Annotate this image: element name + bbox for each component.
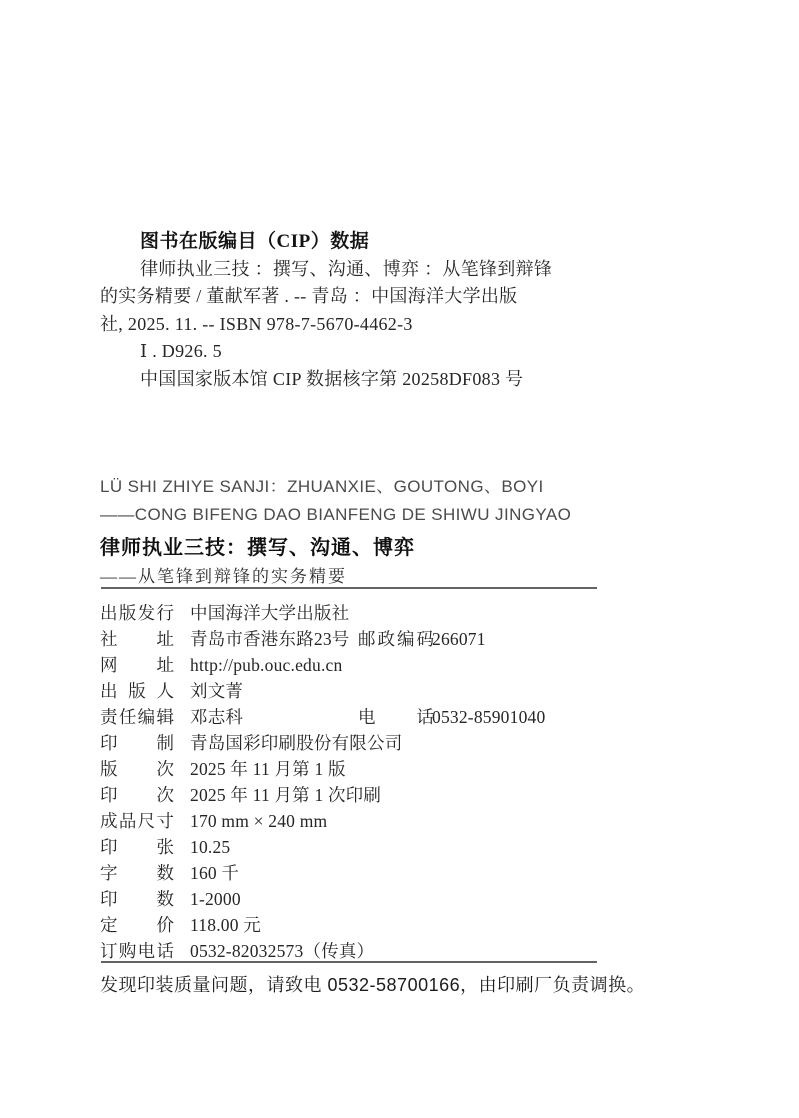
colophon-row-sheets: 印张10.25 bbox=[100, 834, 600, 860]
colophon-row-editor: 责任编辑邓志科 电话0532-85901040 bbox=[100, 704, 600, 730]
quality-notice: 发现印装质量问题，请致电 0532-58700166，由印刷厂负责调换。 bbox=[100, 971, 660, 997]
colophon-row-printrun: 印数1-2000 bbox=[100, 886, 600, 912]
colophon-value: 刘文菁 bbox=[190, 681, 243, 701]
colophon-label: 网址 bbox=[100, 652, 174, 678]
colophon-value-postcode: 266071 bbox=[432, 626, 486, 652]
romanized-title-line1: LÜ SHI ZHIYE SANJI：ZHUANXIE、GOUTONG、BOYI bbox=[100, 473, 660, 501]
colophon-label: 印张 bbox=[100, 834, 174, 860]
cip-line: Ⅰ . D926. 5 bbox=[100, 338, 612, 366]
colophon-value: 170 mm × 240 mm bbox=[190, 811, 327, 831]
cip-line: 的实务精要 / 董献军著 . -- 青岛 ：中国海洋大学出版 bbox=[100, 283, 612, 311]
colophon-value: 160 千 bbox=[190, 863, 239, 883]
colophon-label: 出版人 bbox=[100, 678, 174, 704]
colophon-row-price: 定价118.00 元 bbox=[100, 912, 600, 938]
cip-heading: 图书在版编目（CIP）数据 bbox=[100, 228, 612, 256]
colophon-value: 2025 年 11 月第 1 次印刷 bbox=[190, 785, 381, 805]
colophon-label: 字数 bbox=[100, 860, 174, 886]
colophon-label: 印次 bbox=[100, 782, 174, 808]
cip-line: 社, 2025. 11. -- ISBN 978-7-5670-4462-3 bbox=[100, 311, 612, 339]
colophon-value: 青岛国彩印刷股份有限公司 bbox=[190, 733, 402, 753]
colophon-label: 版次 bbox=[100, 756, 174, 782]
divider-bottom bbox=[101, 961, 597, 963]
colophon-label: 印制 bbox=[100, 730, 174, 756]
colophon-value: 1-2000 bbox=[190, 889, 241, 909]
colophon-row-edition: 版次2025 年 11 月第 1 版 bbox=[100, 756, 600, 782]
colophon-table: 出版发行中国海洋大学出版社 社址青岛市香港东路23号 邮政编码266071 网址… bbox=[100, 600, 600, 964]
colophon-value: 10.25 bbox=[190, 837, 230, 857]
colophon-value: 0532-82032573（传真） bbox=[190, 941, 374, 961]
colophon-value: 118.00 元 bbox=[190, 915, 261, 935]
colophon-value: 青岛市香港东路23号 bbox=[190, 629, 350, 649]
colophon-label: 定价 bbox=[100, 912, 174, 938]
divider-top bbox=[101, 587, 597, 589]
book-subtitle: ——从笔锋到辩锋的实务精要 bbox=[100, 562, 347, 587]
colophon-label-postcode: 邮政编码 bbox=[358, 626, 434, 652]
cip-line: 律师执业三技 ：撰写、沟通、博弈 ：从笔锋到辩锋 bbox=[100, 256, 612, 284]
colophon-label: 印数 bbox=[100, 886, 174, 912]
colophon-label: 成品尺寸 bbox=[100, 808, 174, 834]
colophon-value: 中国海洋大学出版社 bbox=[190, 603, 349, 623]
cip-line: 中国国家版本馆 CIP 数据核字第 20258DF083 号 bbox=[100, 366, 612, 394]
colophon-value-url: http://pub.ouc.edu.cn bbox=[190, 655, 342, 675]
colophon-row-size: 成品尺寸170 mm × 240 mm bbox=[100, 808, 600, 834]
colophon-label: 社址 bbox=[100, 626, 174, 652]
colophon-row-address: 社址青岛市香港东路23号 邮政编码266071 bbox=[100, 626, 600, 652]
colophon-row-printer: 印制青岛国彩印刷股份有限公司 bbox=[100, 730, 600, 756]
colophon-value-phone: 0532-85901040 bbox=[432, 704, 545, 730]
colophon-row-publisher-person: 出版人刘文菁 bbox=[100, 678, 600, 704]
romanized-title-line2: ——CONG BIFENG DAO BIANFENG DE SHIWU JING… bbox=[100, 501, 660, 529]
colophon-row-wordcount: 字数160 千 bbox=[100, 860, 600, 886]
colophon-row-impression: 印次2025 年 11 月第 1 次印刷 bbox=[100, 782, 600, 808]
colophon-value: 2025 年 11 月第 1 版 bbox=[190, 759, 346, 779]
cip-block: 图书在版编目（CIP）数据 律师执业三技 ：撰写、沟通、博弈 ：从笔锋到辩锋 的… bbox=[100, 228, 612, 393]
colophon-label: 责任编辑 bbox=[100, 704, 174, 730]
colophon-label-phone: 电话 bbox=[358, 704, 434, 730]
colophon-row-website: 网址http://pub.ouc.edu.cn bbox=[100, 652, 600, 678]
book-title: 律师执业三技：撰写、沟通、博弈 bbox=[100, 531, 415, 560]
romanized-title: LÜ SHI ZHIYE SANJI：ZHUANXIE、GOUTONG、BOYI… bbox=[100, 473, 660, 528]
colophon-value: 邓志科 bbox=[190, 707, 243, 727]
copyright-page: 图书在版编目（CIP）数据 律师执业三技 ：撰写、沟通、博弈 ：从笔锋到辩锋 的… bbox=[0, 0, 799, 1118]
colophon-row-publisher: 出版发行中国海洋大学出版社 bbox=[100, 600, 600, 626]
colophon-label: 出版发行 bbox=[100, 600, 174, 626]
